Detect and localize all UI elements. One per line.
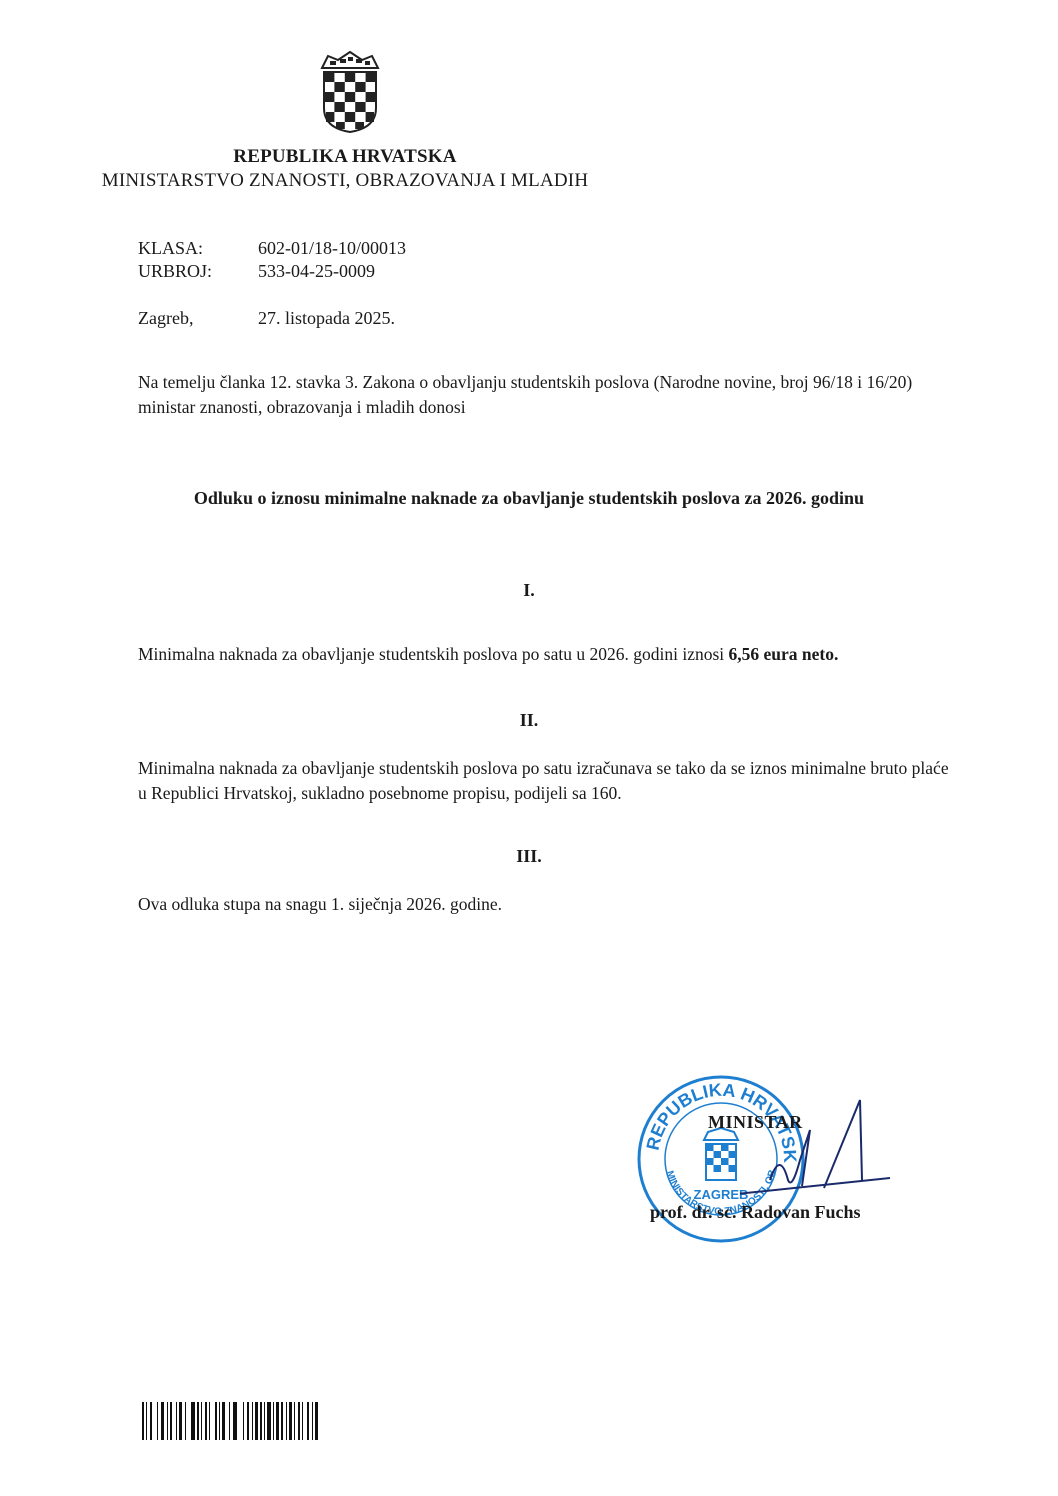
article-text-2: Minimalna naknada za obavljanje students…: [138, 756, 958, 806]
urbroj-label: URBROJ:: [138, 261, 212, 282]
handwritten-signature-icon: [740, 1090, 900, 1210]
coat-of-arms-icon: [318, 50, 382, 134]
article-number-1: I.: [0, 580, 1058, 601]
barcode-icon: [142, 1402, 440, 1440]
article-text-1: Minimalna naknada za obavljanje students…: [138, 642, 928, 667]
signatory-name: prof. dr. sc. Radovan Fuchs: [650, 1202, 861, 1223]
date-value: 27. listopada 2025.: [258, 308, 395, 329]
decision-title: Odluku o iznosu minimalne naknade za oba…: [0, 488, 1058, 509]
ministry-name: MINISTARSTVO ZNANOSTI, OBRAZOVANJA I MLA…: [0, 170, 690, 192]
article-text-1-body: Minimalna naknada za obavljanje students…: [138, 644, 729, 664]
country-name: REPUBLIKA HRVATSKA: [0, 146, 690, 168]
klasa-label: KLASA:: [138, 238, 203, 259]
article-number-3: III.: [0, 846, 1058, 867]
urbroj-value: 533-04-25-0009: [258, 261, 375, 282]
klasa-value: 602-01/18-10/00013: [258, 238, 406, 259]
signatory-title: MINISTAR: [708, 1112, 803, 1133]
article-text-3: Ova odluka stupa na snagu 1. siječnja 20…: [138, 892, 928, 917]
wage-amount: 6,56 eura neto.: [729, 644, 839, 664]
article-number-2: II.: [0, 710, 1058, 731]
place-label: Zagreb,: [138, 308, 193, 329]
preamble: Na temelju članka 12. stavka 3. Zakona o…: [138, 370, 928, 420]
